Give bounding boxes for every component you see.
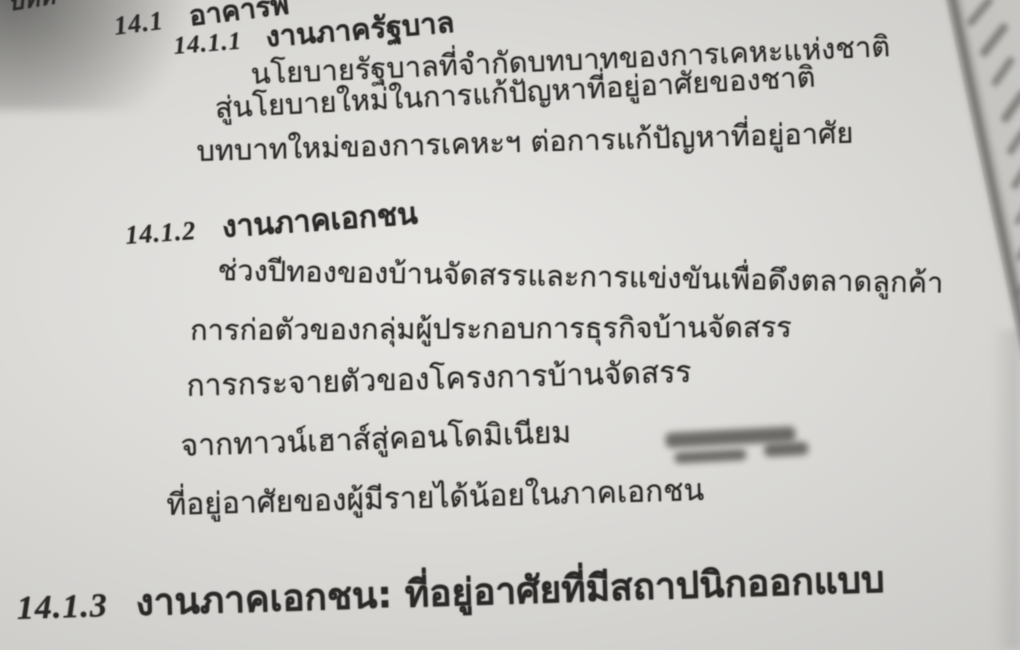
- toc-subitem: ที่อยู่อาศัยของผู้มีรายได้น้อยในภาคเอกชน: [166, 472, 705, 525]
- toc-subitem: การกระจายตัวของโครงการบ้านจัดสรร: [186, 354, 692, 406]
- toc-subitem: การก่อตัวของกลุ่มผู้ประกอบการธุรกิจบ้านจ…: [190, 309, 792, 348]
- toc-number: 14.1.2: [124, 216, 197, 250]
- toc-subitem: ช่วงปีทองของบ้านจัดสรรและการแข่งขันเพื่อ…: [217, 252, 943, 301]
- book-page-photo: บทที่ 14.1อาคารพ 14.1.1งานภาครัฐบาล นโยบ…: [0, 0, 1020, 650]
- toc-number: 14.1.3: [16, 587, 108, 627]
- toc-title: งานภาคเอกชน: [221, 197, 419, 246]
- toc-title: งานภาคเอกชน: ที่อยู่อาศัยที่มีสถาปนิกออก…: [135, 558, 885, 625]
- toc-item-14-1-3: 14.1.3งานภาคเอกชน: ที่อยู่อาศัยที่มีสถาป…: [16, 557, 885, 631]
- toc-item-14-1-2: 14.1.2งานภาคเอกชน: [124, 196, 419, 254]
- ghost-ink-smudge: [663, 420, 825, 474]
- toc-subitem: จากทาวน์เฮาส์สู่คอนโดมิเนียม: [180, 414, 572, 465]
- toc-title: งานภาครัฐบาล: [264, 5, 455, 54]
- toc-subitem: บทบาทใหม่ของการเคหะฯ ต่อการแก้ปัญหาที่อย…: [196, 115, 854, 170]
- chapter-heading-fragment: บทที่: [6, 0, 57, 18]
- toc-number: 14.1.1: [173, 28, 243, 60]
- toc-number: 14.1: [112, 6, 165, 41]
- page-curvature-shade: [992, 330, 1020, 650]
